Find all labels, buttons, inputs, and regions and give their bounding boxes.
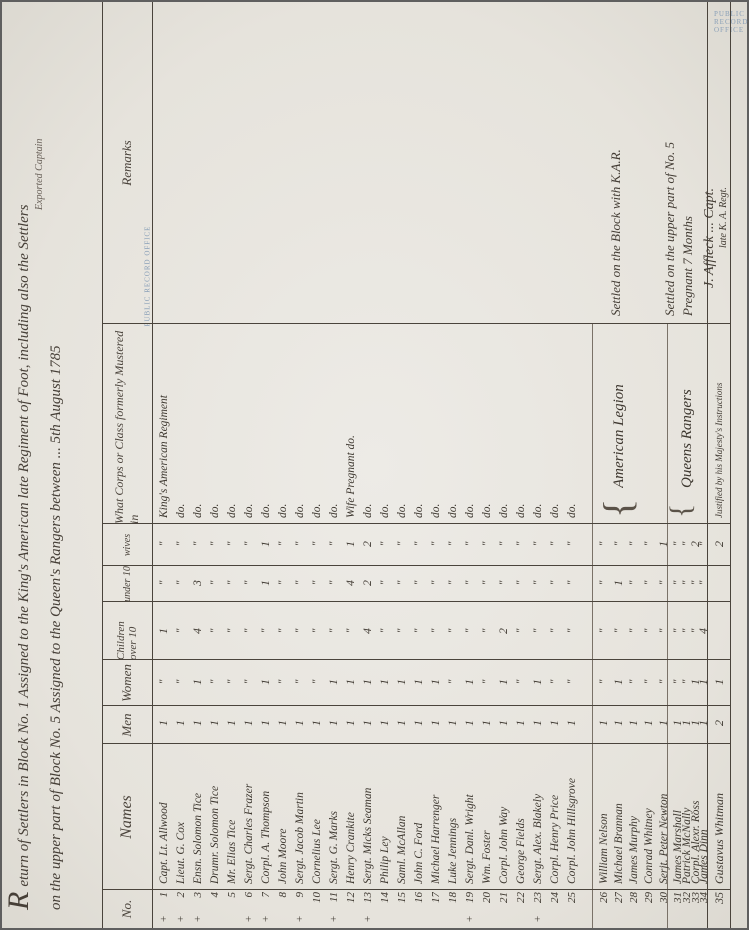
title-interlinear: Exported Captain <box>35 10 45 910</box>
table-row: +1Capt. Lt. Allwood1"1""King's American … <box>156 2 173 928</box>
header-children-under: under 10 <box>102 566 152 602</box>
header-names: Names <box>102 744 152 890</box>
header-bottom-border <box>152 2 153 928</box>
document-page: PUBLIC RECORD OFFICE PUBLIC RECORD OFFIC… <box>2 2 747 928</box>
table-row: +13Sergt. Micks Seaman11422do. <box>360 2 377 928</box>
table-row: +9Sergt. Jacob Martin1""""do. <box>292 2 309 928</box>
header-women: Women <box>102 660 152 706</box>
remark-pregnant: Pregnant 7 Months <box>680 216 696 316</box>
signature-subtitle: late K. A. Regt. <box>718 187 729 248</box>
table-row: +11Sergt. G. Marks11"""do. <box>326 2 343 928</box>
table-row: 15Saml. McAllan11"""do. <box>394 2 411 928</box>
table-row: 4Drumr. Solomon Tice1""""do. <box>207 2 224 928</box>
table-row: +3Ensn. Solomon Tice1143"do. <box>190 2 207 928</box>
table-row: 16John C. Ford11"""do. <box>411 2 428 928</box>
title-line-1: eturn of Settlers in Block No. 1 Assigne… <box>16 205 32 887</box>
table-row: 21Corpl. John Way112""do. <box>496 2 513 928</box>
table-row: +6Sergt. Charles Frazer1""""do. <box>241 2 258 928</box>
title-line-2: on the upper part of Block No. 5 Assigne… <box>45 10 67 910</box>
remark-settled-no5: Settled on the upper part of No. 5 <box>662 142 678 316</box>
header-remarks: Remarks <box>102 2 152 324</box>
header-corps: What Corps or Class formerly Mustered in <box>102 324 152 524</box>
table-row: 8John Moore1""""do. <box>275 2 292 928</box>
title-initial: R <box>2 891 35 910</box>
signature: J. Affleck ... Capt. <box>702 188 718 288</box>
table-row: 24Corpl. Henry Price1""""do. <box>547 2 564 928</box>
header-men: Men <box>102 706 152 744</box>
table-row: 5Mr. Elias Tice1""""do. <box>224 2 241 928</box>
section-divider-1 <box>592 324 593 928</box>
table-row: +23Sergt. Alex. Blakely11"""do. <box>530 2 547 928</box>
table-row: 22George Fields1""""do. <box>513 2 530 928</box>
table-row: 20Wm. Foster1""""do. <box>479 2 496 928</box>
header-children-over: Children over 10 <box>102 602 152 660</box>
brace-queens-rangers: { <box>664 504 698 518</box>
table-row: 25Corpl. John Hillsgrove1""""do. <box>564 2 581 928</box>
table-row: 10Cornelius Lee1""""do. <box>309 2 326 928</box>
table-row: 18Luke Jennings1""""do. <box>445 2 462 928</box>
table-row: +7Corpl. A. Thompson11"11do. <box>258 2 275 928</box>
table-row: 14Philip Ley11"""do. <box>377 2 394 928</box>
remark-settled-kar: Settled on the Block with K.A.R. <box>608 149 624 316</box>
table-row: +2Lieut. G. Cox1""""do. <box>173 2 190 928</box>
header-no: No. <box>102 890 152 928</box>
table-row: +19Sergt. Danl. Wright11"""do. <box>462 2 479 928</box>
table-row: 17Michael Harrenger11"""do. <box>428 2 445 928</box>
table-row: 12Henry Crankite11"41Wife Pregnant do. <box>343 2 360 928</box>
brace-american-legion: { <box>594 499 641 518</box>
totals-row: 35 Gustavus Whitman 2 1 2 Justified by h… <box>711 2 728 928</box>
table-bottom-border <box>730 2 731 928</box>
document-title: Return of Settlers in Block No. 1 Assign… <box>8 10 67 910</box>
rotated-sheet: Return of Settlers in Block No. 1 Assign… <box>2 2 747 928</box>
header-wives: wives <box>102 524 152 566</box>
